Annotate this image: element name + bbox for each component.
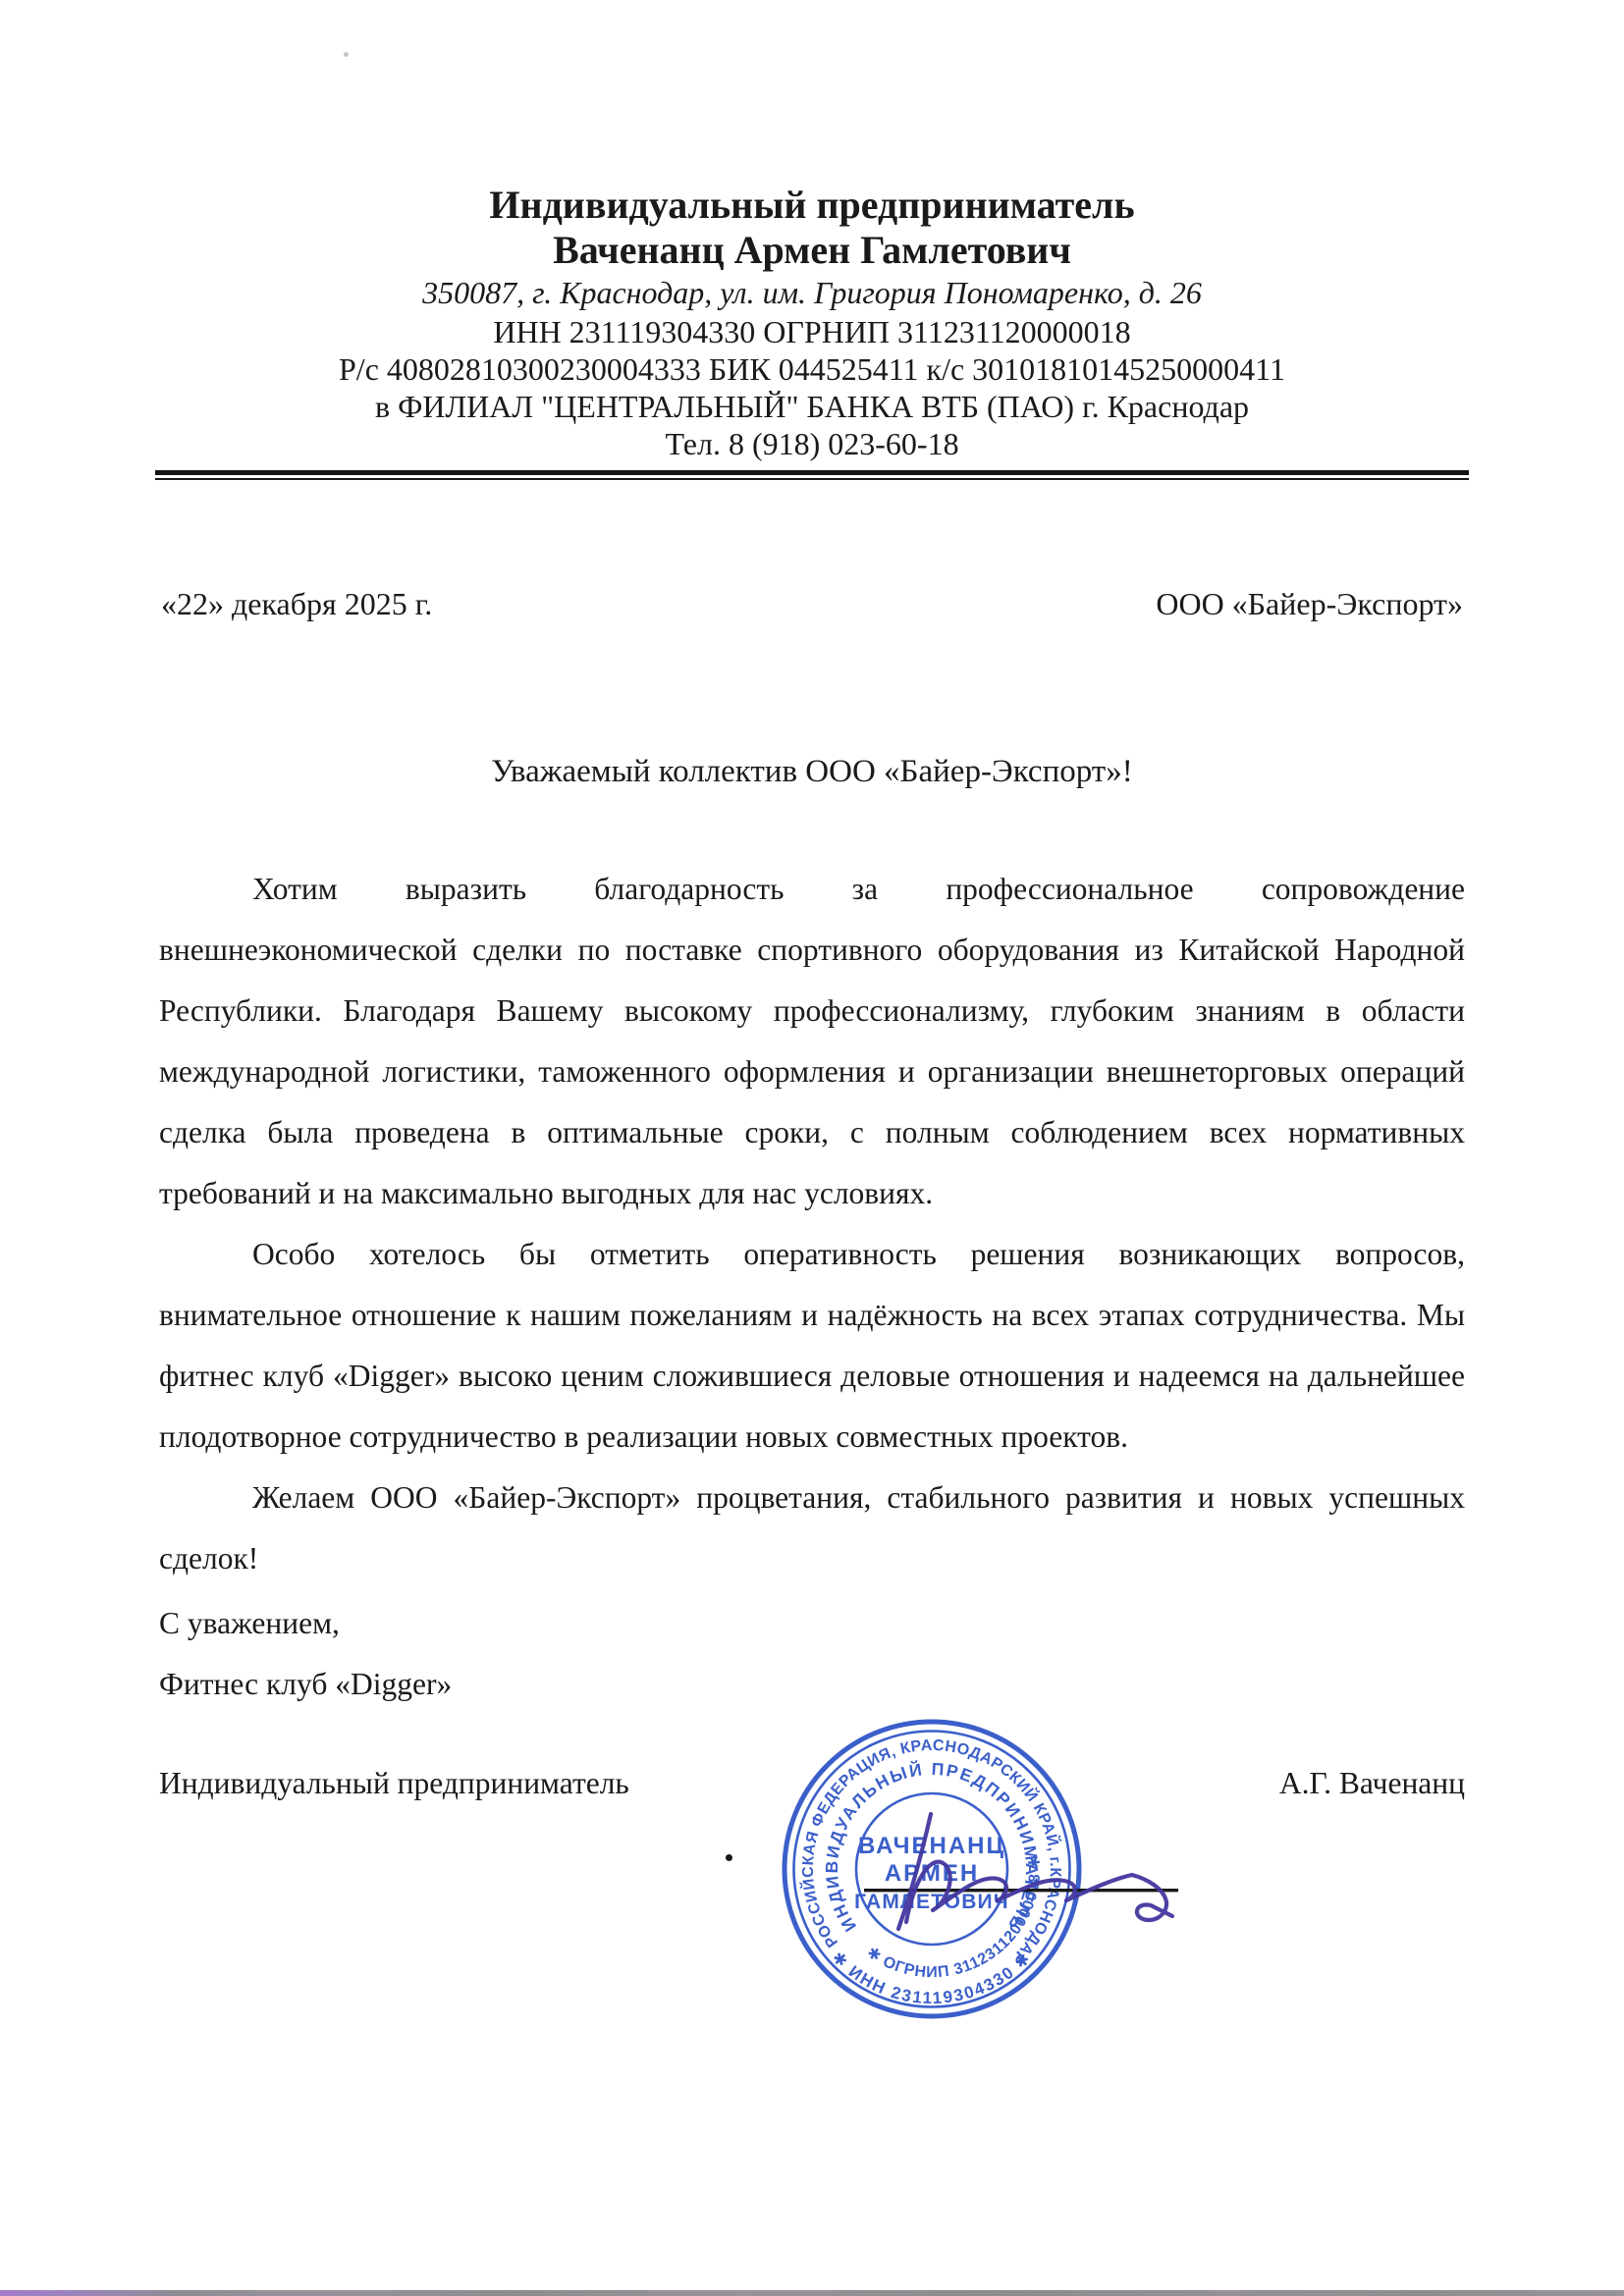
letter-body: Хотим выразить благодарность за професси… (159, 859, 1465, 1589)
divider-thin-line (155, 478, 1469, 480)
salutation: Уважаемый коллектив ООО «Байер-Экспорт»! (0, 749, 1624, 794)
letterhead-bank-name: в ФИЛИАЛ "ЦЕНТРАЛЬНЫЙ" БАНКА ВТБ (ПАО) г… (0, 388, 1624, 425)
scan-speck (344, 52, 349, 57)
letter-page: Индивидуальный предприниматель Ваченанц … (0, 0, 1624, 2296)
letterhead-address: 350087, г. Краснодар, ул. им. Григория П… (0, 273, 1624, 313)
body-paragraph-2: Особо хотелось бы отметить оперативность… (159, 1224, 1465, 1468)
letter-date: «22» декабря 2025 г. (161, 582, 432, 625)
body-paragraph-3: Желаем ООО «Байер-Экспорт» процветания, … (159, 1468, 1465, 1589)
letterhead: Индивидуальный предприниматель Ваченанц … (0, 0, 1624, 480)
signer-name: А.Г. Ваченанц (1279, 1762, 1465, 1805)
divider-thick-line (155, 470, 1469, 475)
letter-addressee: ООО «Байер-Экспорт» (1156, 582, 1463, 625)
letterhead-bank-account: Р/с 40802810300230004333 БИК 044525411 к… (0, 350, 1624, 388)
stamp-center-surname: ВАЧЕНАНЦ (858, 1833, 1005, 1859)
letterhead-inn-ogrnip: ИНН 231119304330 ОГРНИП 311231120000018 (0, 313, 1624, 350)
closing-regards: С уважением, (159, 1593, 1465, 1654)
date-addressee-row: «22» декабря 2025 г. ООО «Байер-Экспорт» (161, 582, 1463, 625)
signer-title: Индивидуальный предприниматель (159, 1762, 629, 1805)
body-paragraph-1: Хотим выразить благодарность за професси… (159, 859, 1465, 1224)
stamp-seal: РОССИЙСКАЯ ФЕДЕРАЦИЯ, КРАСНОДАРСКИЙ КРАЙ… (785, 1722, 1079, 2016)
scanner-edge-artifact (0, 2290, 1624, 2296)
letterhead-divider (155, 470, 1469, 480)
ink-dot (726, 1854, 732, 1861)
letterhead-title-line2: Ваченанц Армен Гамлетович (0, 228, 1624, 273)
letterhead-phone: Тел. 8 (918) 023-60-18 (0, 425, 1624, 462)
stamp-and-signature: РОССИЙСКАЯ ФЕДЕРАЦИЯ, КРАСНОДАРСКИЙ КРАЙ… (744, 1696, 1219, 2069)
letterhead-title-line1: Индивидуальный предприниматель (0, 183, 1624, 228)
